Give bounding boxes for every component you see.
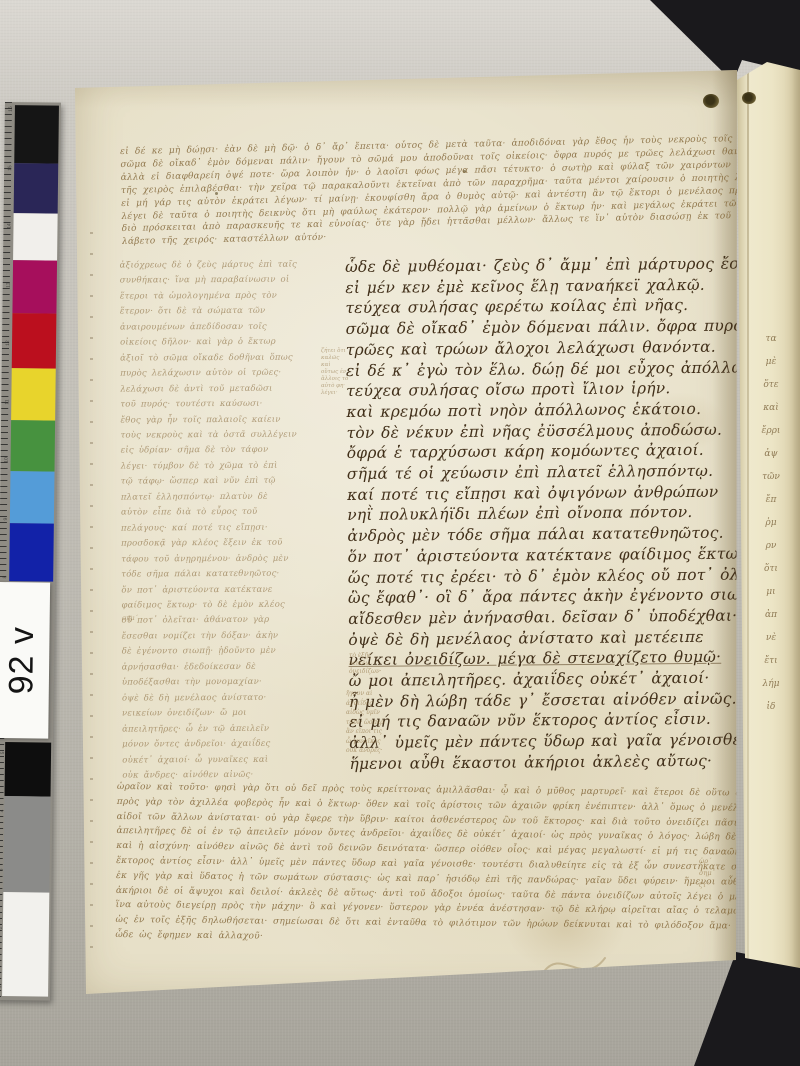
ink-speck xyxy=(251,68,257,72)
margin-note-line: οὐκ ἄνδρες· xyxy=(346,746,386,756)
scholia-line: ἕτεροι τὰ ὡμολογημένα πρὸς τὸν xyxy=(120,288,332,305)
marginalia-mark: ἔτι xyxy=(753,650,789,673)
ruler-number: 9 xyxy=(3,513,9,525)
scholia-line: ἀρνήσασθαι· ἐδεδοίκεσαν δὲ xyxy=(122,659,334,676)
scholia-line: τῷ τάφῳ· ὥσπερ καὶ νῦν ἐπὶ τῷ xyxy=(121,474,333,491)
marginalia-mark: μι xyxy=(753,581,789,604)
patch-white xyxy=(13,213,58,261)
margin-note-line: λέγει· xyxy=(321,390,349,397)
scholia-line: ὅν ποτ᾽ ἀριστεύοντα κατέκτανε xyxy=(121,582,333,599)
ruler-number: 15 xyxy=(7,162,13,174)
ruler-number: 12 xyxy=(5,337,11,349)
ruler-number: 13 xyxy=(6,279,12,291)
margin-note-line: τάδε· ὥσπερ xyxy=(346,718,386,728)
ruler-number: 10 xyxy=(4,454,10,466)
patch-magenta xyxy=(12,260,57,314)
margin-note-line: ὡρ΄ xyxy=(699,855,739,867)
marginalia-mark: μὲ xyxy=(753,351,789,374)
margin-note-word: σημ΄ xyxy=(122,614,138,622)
scholia-line: οὔ ποτ᾽ ὀλεῖται· ἀθάνατον γὰρ xyxy=(121,613,333,630)
patch-green xyxy=(10,420,55,472)
scholia-line: ἀναιρουμένων ἀπεδίδοσαν τοῖς xyxy=(120,319,332,336)
patch-black-2 xyxy=(5,742,52,797)
color-patches-upper xyxy=(9,105,59,582)
margin-note-line: ὦ γυναῖκες xyxy=(346,737,386,747)
marginalia-mark: τῶν xyxy=(753,466,789,489)
margin-note-line: τὸ ἑξῆς νεικέω xyxy=(349,652,389,668)
scholia-line: ἔσεσθαι νομίζει τὴν δόξαν· ἀκὴν xyxy=(122,628,334,645)
wormhole xyxy=(703,94,719,108)
scholia-line: προσδοκᾷ γὰρ κλέος ἕξειν ἐκ τοῦ xyxy=(121,536,333,553)
main-text-iliad: ὧδε δὲ μυθέομαι· ζεὺς δ᾽ ἄμμ᾽ ἐπὶ μάρτυρ… xyxy=(345,253,752,774)
margin-note-line: σημ΄ xyxy=(699,867,739,879)
scholia-line: ἕτερον· ὅτι δὲ τὰ σώματα τῶν xyxy=(120,304,332,321)
scholia-line: εἰς ὑδρίαν· σῆμα δὲ τὸν τάφον xyxy=(121,443,333,460)
marginalia-mark: ῥμ xyxy=(753,512,789,535)
scholia-line: τόδε σῆμα πάλαι κατατεθνηῶτος· xyxy=(121,567,333,584)
scholia-line: νεικείων ὀνειδίζων· ὤ μοι xyxy=(122,706,334,723)
scholia-line: συνθήκαις· ἵνα μὴ παραβαίνωσιν οἱ xyxy=(120,273,332,290)
scholia-line: ἀπειλητῆρες· ὦ ἐν τῷ ἀπειλεῖν xyxy=(122,721,334,738)
margin-note-line: ζτ΄ xyxy=(699,879,739,891)
marginalia-mark: καὶ xyxy=(753,397,789,420)
scholia-line: ὑποδέξασθαι τὴν μονομαχίαν· xyxy=(122,675,334,692)
scholia-line: τοὺς νεκροὺς καὶ τὰ ὀστᾶ συλλέγειν xyxy=(121,427,333,444)
page-shading-top xyxy=(75,62,738,108)
scholia-line: αὐτὸν εἶπε διὰ τὸ εὖρος τοῦ xyxy=(121,505,333,522)
scholia-line: λελάχωσι δὲ ἀντὶ τοῦ μεταδῶσι xyxy=(120,381,332,398)
marginalia-mark: ὅτι xyxy=(753,558,789,581)
marginalia-mark: ἀψ xyxy=(753,443,789,466)
scholia-bottom-block: ὡραῖον καὶ τοῦτο· φησὶ γὰρ ὅτι οὐ δεῖ πρ… xyxy=(115,780,769,950)
margin-note: ὡρ΄σημ΄ζτ΄ xyxy=(699,855,739,891)
wormhole xyxy=(742,92,756,104)
scholia-line: μόνον ὄντες ἀνδρεῖοι· ἀχαιΐδες xyxy=(122,736,334,753)
marginalia-mark: νὲ xyxy=(753,627,789,650)
scholia-line: τάφου τοῦ ἀνῃρημένου· ἀνδρὸς μὲν xyxy=(121,551,333,568)
marginalia-mark: λήμ xyxy=(753,673,789,696)
marginalia-mark: ρν xyxy=(753,535,789,558)
color-calibration-target: 16151413121110987654321 92 v xyxy=(0,102,63,1001)
folio-label: 92 v xyxy=(0,582,50,739)
scholia-line: φαίδιμος ἕκτωρ· τὸ δὲ ἐμὸν κλέος xyxy=(121,597,333,614)
margin-note-line: ἄλλοις τὸ xyxy=(321,376,349,383)
margin-note-line: ὀνειδίζων· xyxy=(349,668,389,676)
patch-white-2 xyxy=(2,892,49,997)
pen-flourish xyxy=(443,928,613,1028)
scholia-line: ἀξιόχρεως δὲ ὁ ζεὺς μάρτυς ἐπὶ ταῖς xyxy=(120,257,332,274)
margin-note-line: αὐτὸ φη· xyxy=(321,383,349,390)
margin-note-line: καλῶς καὶ xyxy=(321,355,349,369)
margin-note-line: ἀχαιΐδες xyxy=(346,699,386,709)
scholia-line: τοῦ πυρός· τουτέστι καύσωσι· xyxy=(120,397,332,414)
scholia-line: οἰκείοις δῆλον· καὶ γὰρ ὁ ἕκτωρ xyxy=(120,335,332,352)
patch-gray xyxy=(3,796,50,893)
margin-note-line: ἤγουν αἱ xyxy=(346,689,386,699)
vertical-marginalia: ταμὲὅτεκαὶἔρριἀψτῶνἔπῥμρνὅτιμιἀπνὲἔτιλήμ… xyxy=(753,328,789,719)
scholia-line: πυρὸς λελάχωσιν αὐτὸν οἱ τρῶες· xyxy=(120,366,332,383)
marginalia-mark: ἀπ xyxy=(753,604,789,627)
scholia-line: δὲ ἐγένοντο σιωπῇ· ᾐδοῦντο μὲν xyxy=(122,644,334,661)
scholia-left-column: ἀξιόχρεως δὲ ὁ ζεὺς μάρτυς ἐπὶ ταῖςσυνθή… xyxy=(120,257,335,784)
scholia-line: ἔθος γὰρ ἦν τοῖς παλαιοῖς καίειν xyxy=(120,412,332,429)
scholia-line: ὀψὲ δὲ δὴ μενέλαος ἀνίστατο· xyxy=(122,690,334,707)
color-patches-lower xyxy=(2,742,51,997)
patch-sky-blue xyxy=(10,471,55,524)
marginalia-mark: ἔρρι xyxy=(753,420,789,443)
scholia-line: λέγει· τύμβον δὲ τὸ χῶμα τὸ ἐπὶ xyxy=(121,458,333,475)
patch-yellow xyxy=(11,368,56,421)
scholia-line: πλατεῖ ἑλλησπόντῳ· πλατὺν δὲ xyxy=(121,489,333,506)
marginalia-mark: ἰδ xyxy=(753,696,789,719)
margin-note: ζήτει ὅτικαλῶς καὶοὕτως ἐνἄλλοις τὸαὐτὸ … xyxy=(321,348,349,397)
ruler-number: 11 xyxy=(4,396,10,408)
marginalia-mark: ἔπ xyxy=(753,489,789,512)
ruler-number: 16 xyxy=(8,103,14,115)
margin-note-line: ἂν εἴποι τις xyxy=(346,727,386,737)
manuscript-photo: ταμὲὅτεκαὶἔρριἀψτῶνἔπῥμρνὅτιμιἀπνὲἔτιλήμ… xyxy=(0,0,800,1066)
margin-note-line: αἰδὼς ὑμῖν xyxy=(346,708,386,718)
ruler-number: 14 xyxy=(6,220,12,232)
patch-dark-navy xyxy=(14,163,59,214)
marginalia-mark: τα xyxy=(753,328,789,351)
margin-note-line: οὕτως ἐν xyxy=(321,369,349,376)
patch-black xyxy=(14,105,59,164)
scholia-line: πελάγους· καί ποτέ τις εἴπῃσι· xyxy=(121,520,333,537)
facing-page-edge: ταμὲὅτεκαὶἔρριἀψτῶνἔπῥμρνὅτιμιἀπνὲἔτιλήμ… xyxy=(737,56,800,978)
page-crease xyxy=(747,56,749,978)
margin-note-line: ζήτει ὅτι xyxy=(321,348,349,355)
margin-note: ἤγουν αἱἀχαιΐδεςαἰδὼς ὑμῖντάδε· ὥσπερἂν … xyxy=(346,689,386,756)
patch-red xyxy=(12,313,57,369)
verse-line: ἥμενοι αὖθι ἕκαστοι ἀκήριοι ἀκλεὲς αὔτως… xyxy=(349,750,751,774)
folio-label-text: 92 v xyxy=(2,626,42,695)
margin-note: τὸ ἑξῆς νεικέωὀνειδίζων· xyxy=(349,652,389,676)
manuscript-page: εἰ δέ κε μὴ δώῃσι· ἐὰν δὲ μὴ δῷ· ὁ δ᾽ ἄρ… xyxy=(75,62,738,1002)
marginalia-mark: ὅτε xyxy=(753,374,789,397)
pricking-holes xyxy=(90,232,93,948)
scholia-line: οὐκέτ᾽ ἀχαιοί· ὦ γυναῖκες καὶ xyxy=(122,752,334,769)
scholia-top-block: εἰ δέ κε μὴ δώῃσι· ἐὰν δὲ μὴ δῷ· ὁ δ᾽ ἄρ… xyxy=(120,133,742,249)
patch-blue xyxy=(9,523,54,582)
scholia-line: ἀξιοῖ τὸ σῶμα οἴκαδε δοθῆναι ὅπως xyxy=(120,350,332,367)
